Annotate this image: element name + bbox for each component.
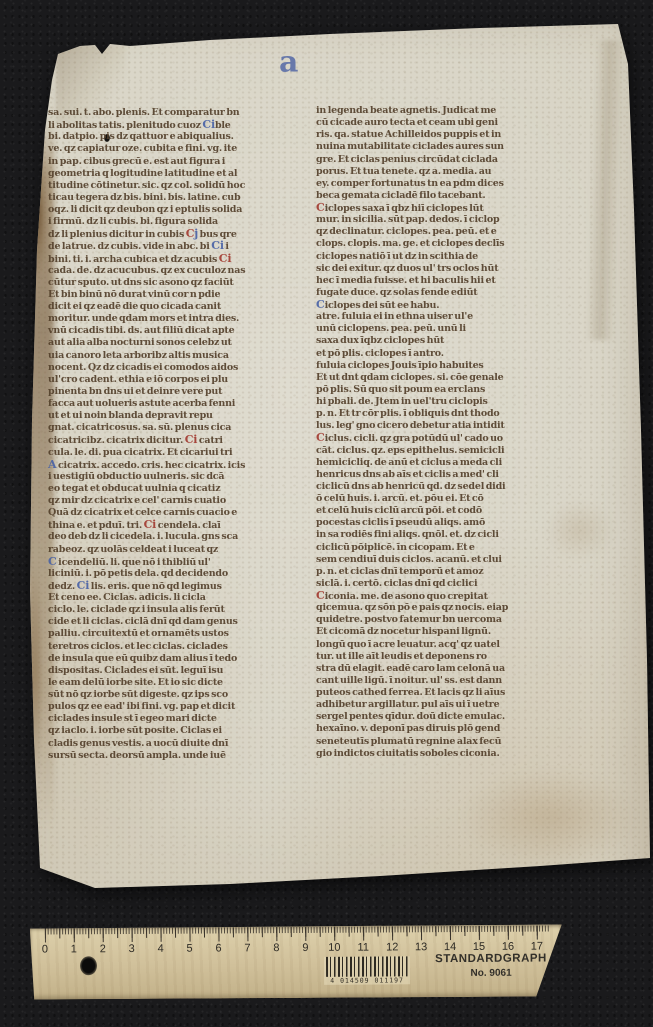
ruler: 01234567891011121314151617 4 014509 0111…	[30, 924, 562, 999]
ruler-hanging-hole	[80, 956, 97, 975]
barcode-bars	[326, 956, 408, 977]
photograph-background: a sa. sui. t. abo. plenis. Et comparatur…	[0, 0, 653, 1027]
ruler-number: 0	[42, 944, 48, 956]
manuscript-leaf-wrapper: a sa. sui. t. abo. plenis. Et comparatur…	[0, 0, 653, 1027]
ruler-number: 2	[100, 943, 106, 955]
ruler-number: 9	[302, 942, 308, 954]
ruler-number: 12	[386, 941, 398, 953]
ruler-number: 7	[244, 942, 250, 954]
ruler-number: 17	[531, 940, 543, 952]
ruler-number: 4	[158, 943, 164, 955]
manuscript-page: a sa. sui. t. abo. plenis. Et comparatur…	[0, 0, 653, 1027]
ruler-number: 5	[187, 943, 193, 955]
ruler-number: 11	[357, 942, 368, 954]
ruler-number: 3	[129, 943, 135, 955]
ruler-number: 15	[473, 941, 485, 953]
ruler-number: 10	[328, 942, 340, 954]
edge-vignette	[0, 0, 653, 1027]
ruler-number: 14	[444, 941, 456, 953]
ruler-number: 16	[502, 941, 514, 953]
ruler-model-number: No. 9061	[426, 967, 556, 979]
ruler-number: 1	[71, 943, 77, 955]
ruler-number: 8	[273, 942, 279, 954]
barcode: 4 014509 011197	[324, 956, 410, 985]
ruler-number: 6	[215, 942, 221, 954]
ruler-number: 13	[415, 941, 427, 953]
ruler-brand-label: STANDARDGRAPH	[426, 952, 556, 965]
barcode-digits: 4 014509 011197	[324, 976, 410, 985]
